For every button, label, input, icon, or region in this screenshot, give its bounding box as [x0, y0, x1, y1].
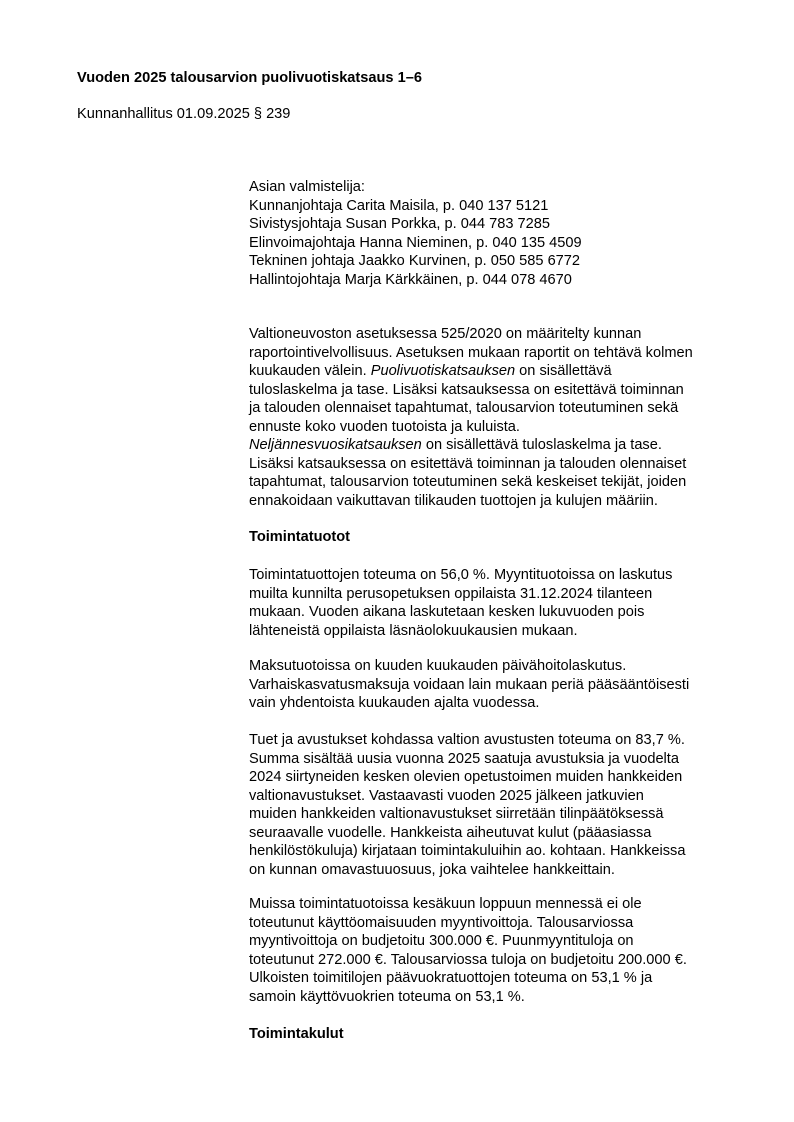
text-line: lähteneistä oppilaista läsnäolokuukausie…: [249, 622, 672, 641]
preparer-line: Elinvoimajohtaja Hanna Nieminen, p. 040 …: [249, 234, 582, 253]
text-line: toteutunut 272.000 €. Talousarviossa tul…: [249, 951, 687, 970]
income-paragraph-3: Tuet ja avustukset kohdassa valtion avus…: [249, 731, 685, 879]
preparer-line: Kunnanjohtaja Carita Maisila, p. 040 137…: [249, 197, 582, 216]
text-line: vain yhdentoista kuukauden ajalta vuodes…: [249, 694, 689, 713]
text-line: Neljännesvuosikatsauksen on sisällettävä…: [249, 436, 693, 455]
text-line: 2024 siirtyneiden kesken olevien opetust…: [249, 768, 685, 787]
text-line: muilta kunnilta perusopetuksen oppilaist…: [249, 585, 672, 604]
text-line: ja talouden olennaiset tapahtumat, talou…: [249, 399, 693, 418]
italic-term: Puolivuotiskatsauksen: [371, 363, 515, 379]
preparers-label: Asian valmistelija:: [249, 178, 582, 197]
text-line: mukaan. Vuoden aikana laskutetaan kesken…: [249, 603, 672, 622]
text-line: seuraavalle vuodelle. Hankkeista aiheutu…: [249, 824, 685, 843]
text-line: tuloslaskelma ja tase. Lisäksi katsaukse…: [249, 381, 693, 400]
text-fragment: on sisällettävä tuloslaskelma ja tase.: [422, 437, 662, 453]
income-paragraph-4: Muissa toimintatuotoissa kesäkuun loppuu…: [249, 895, 687, 1006]
text-line: tapahtumat, talousarvion toteutuminen se…: [249, 473, 693, 492]
text-line: Tuet ja avustukset kohdassa valtion avus…: [249, 731, 685, 750]
text-line: Valtioneuvoston asetuksessa 525/2020 on …: [249, 325, 693, 344]
text-fragment: kuukauden välein.: [249, 363, 367, 379]
text-line: valtionavustukset. Vastaavasti vuoden 20…: [249, 787, 685, 806]
document-page: Vuoden 2025 talousarvion puolivuotiskats…: [0, 0, 794, 1122]
section-heading-income: Toimintatuotot: [249, 529, 350, 545]
text-line: Toimintatuottojen toteuma on 56,0 %. Myy…: [249, 566, 672, 585]
text-line: Summa sisältää uusia vuonna 2025 saatuja…: [249, 750, 685, 769]
italic-term: Neljännesvuosikatsauksen: [249, 437, 422, 453]
text-line: samoin käyttövuokrien toteuma on 53,1 %.: [249, 988, 687, 1007]
text-line: kuukauden välein. Puolivuotiskatsauksen …: [249, 362, 693, 381]
text-line: ennuste koko vuoden tuotoista ja kuluist…: [249, 418, 693, 437]
text-line: Ulkoisten toimitilojen päävuokratuottoje…: [249, 969, 687, 988]
text-line: toteutunut käyttöomaisuuden myyntivoitto…: [249, 914, 687, 933]
preparers-block: Asian valmistelija: Kunnanjohtaja Carita…: [249, 178, 582, 289]
section-heading-expenses: Toimintakulut: [249, 1026, 344, 1042]
preparer-line: Tekninen johtaja Jaakko Kurvinen, p. 050…: [249, 252, 582, 271]
document-title: Vuoden 2025 talousarvion puolivuotiskats…: [77, 70, 422, 86]
text-line: Muissa toimintatuotoissa kesäkuun loppuu…: [249, 895, 687, 914]
text-fragment: on sisällettävä: [515, 363, 612, 379]
text-line: ennakoidaan vaikuttavan tilikauden tuott…: [249, 492, 693, 511]
text-line: muiden hankkeiden valtionavustukset siir…: [249, 805, 685, 824]
text-line: henkilöstökuluja) kirjataan toimintakulu…: [249, 842, 685, 861]
income-paragraph-2: Maksutuotoissa on kuuden kuukauden päivä…: [249, 657, 689, 713]
preparer-line: Hallintojohtaja Marja Kärkkäinen, p. 044…: [249, 271, 582, 290]
text-line: on kunnan omavastuuosuus, joka vaihtelee…: [249, 861, 685, 880]
income-paragraph-1: Toimintatuottojen toteuma on 56,0 %. Myy…: [249, 566, 672, 640]
text-line: Varhaiskasvatusmaksuja voidaan lain muka…: [249, 676, 689, 695]
text-line: Maksutuotoissa on kuuden kuukauden päivä…: [249, 657, 689, 676]
text-line: raportointivelvollisuus. Asetuksen mukaa…: [249, 344, 693, 363]
preparer-line: Sivistysjohtaja Susan Porkka, p. 044 783…: [249, 215, 582, 234]
intro-paragraph: Valtioneuvoston asetuksessa 525/2020 on …: [249, 325, 693, 510]
text-line: Lisäksi katsauksessa on esitettävä toimi…: [249, 455, 693, 474]
meeting-reference: Kunnanhallitus 01.09.2025 § 239: [77, 106, 290, 122]
text-line: myyntivoittoja on budjetoitu 300.000 €. …: [249, 932, 687, 951]
